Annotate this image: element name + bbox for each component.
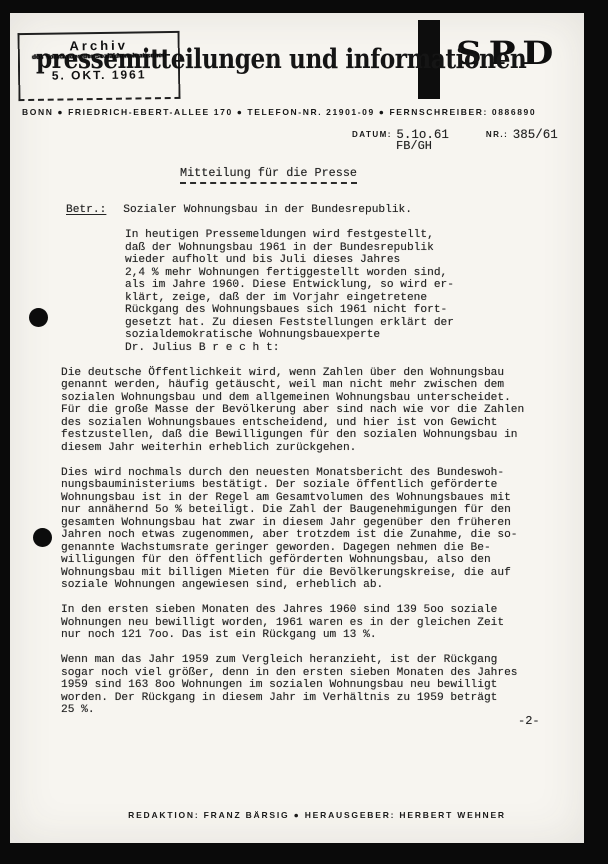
subject-text: Sozialer Wohnungsbau in der Bundesrepubl…	[123, 204, 412, 217]
punch-hole-bottom	[33, 528, 52, 547]
paragraph-2: Die deutsche Öffentlichkeit wird, wenn Z…	[61, 367, 556, 455]
imprint-line: REDAKTION: FRANZ BÄRSIG ● HERAUSGEBER: H…	[10, 810, 584, 820]
paragraph-4: In den ersten sieben Monaten des Jahres …	[61, 604, 556, 642]
scanned-press-release: Archiv des Vorstandes der Sozialdemokrat…	[0, 0, 608, 864]
document-title: Mitteilung für die Presse	[180, 167, 556, 184]
stamp-subtitle: des Vorstandes der Sozialdemokratischen	[20, 52, 178, 61]
paper-sheet: Archiv des Vorstandes der Sozialdemokrat…	[10, 13, 584, 843]
paragraph-5: Wenn man das Jahr 1959 zum Vergleich her…	[61, 654, 556, 717]
punch-hole-top	[29, 308, 48, 327]
document-title-text: Mitteilung für die Presse	[180, 167, 357, 184]
number-label: NR.:	[486, 130, 508, 139]
stamp-date: 5. OKT. 1961	[20, 67, 178, 83]
subject-label: Betr.:	[66, 204, 106, 217]
number-value: 385/61	[513, 128, 558, 142]
address-line: BONN ● FRIEDRICH-EBERT-ALLEE 170 ● TELEF…	[22, 107, 572, 117]
paragraph-3: Dies wird nochmals durch den neuesten Mo…	[61, 467, 556, 592]
reference-initials: FB/GH	[396, 139, 432, 153]
archive-stamp: Archiv des Vorstandes der Sozialdemokrat…	[18, 31, 181, 101]
page-number: -2-	[518, 714, 540, 728]
date-label: DATUM:	[352, 130, 392, 139]
date-number-row: DATUM: 5.1o.61 NR.: 385/61	[352, 125, 558, 143]
paragraph-1: In heutigen Pressemeldungen wird festges…	[125, 229, 556, 354]
document-body: Mitteilung für die Presse Betr.: Soziale…	[61, 167, 556, 717]
subject-line: Betr.: Sozialer Wohnungsbau in der Bunde…	[61, 204, 556, 217]
